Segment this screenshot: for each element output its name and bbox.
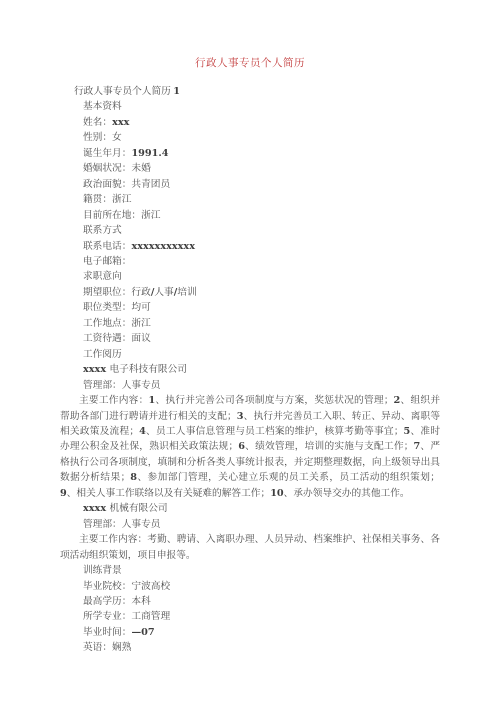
doc-line-item: 毕业院校：宁波高校 bbox=[60, 579, 440, 594]
doc-line-item: 管理部：人事专员 bbox=[60, 378, 440, 393]
doc-text: 毕业院校：宁波高校 bbox=[83, 581, 170, 592]
doc-text: 管理部：人事专员 bbox=[83, 519, 161, 530]
doc-text-bold: 4 bbox=[139, 426, 146, 437]
doc-line-item: 婚姻状况：未婚 bbox=[60, 161, 440, 176]
doc-line-item: xxxx 机械有限公司 bbox=[60, 501, 440, 516]
doc-text: 职位类型：均可 bbox=[83, 302, 151, 313]
doc-line-item: 目前所在地：浙江 bbox=[60, 208, 440, 223]
doc-text-bold: 6 bbox=[238, 441, 245, 452]
doc-line-item: 电子邮箱： bbox=[60, 254, 440, 269]
doc-line-item: 管理部：人事专员 bbox=[60, 517, 440, 532]
doc-text: 管理部：人事专员 bbox=[83, 380, 161, 391]
doc-text-bold: 10 bbox=[270, 488, 283, 499]
doc-text: 、执行并完善公司各项制度与方案，奖惩状况的管理； bbox=[155, 395, 393, 406]
doc-text-bold: —07 bbox=[131, 627, 154, 638]
doc-text: 所学专业：工商管理 bbox=[83, 611, 170, 622]
doc-text: 期望职位：行政 bbox=[83, 287, 151, 298]
doc-text: 行政人事专员个人简历 bbox=[74, 86, 173, 97]
doc-line-item: 工资待遇：面议 bbox=[60, 331, 440, 346]
doc-text: 毕业时间： bbox=[83, 627, 131, 638]
doc-text: 主要工作内容： bbox=[79, 395, 149, 406]
doc-text: 联系电话： bbox=[83, 241, 131, 252]
doc-text: 、承办领导交办的其他工作。 bbox=[284, 488, 410, 499]
doc-text-bold: 1 bbox=[173, 86, 180, 97]
document-title: 行政人事专员个人简历 bbox=[60, 57, 440, 70]
doc-line-item: 毕业时间：—07 bbox=[60, 625, 440, 640]
doc-line-item: 工作地点：浙江 bbox=[60, 316, 440, 331]
doc-text: 电子科技有限公司 bbox=[109, 364, 187, 375]
doc-line-item: 籍贯：浙江 bbox=[60, 192, 440, 207]
doc-line-item: 性别：女 bbox=[60, 130, 440, 145]
doc-text: 训练背景 bbox=[83, 565, 122, 576]
doc-line-item: 姓名：xxx bbox=[60, 115, 440, 130]
doc-text: 人事 bbox=[154, 287, 173, 298]
doc-text: 工作阅历 bbox=[83, 349, 122, 360]
doc-text-bold: 1991.4 bbox=[131, 148, 168, 159]
doc-text: 工作地点：浙江 bbox=[83, 318, 151, 329]
doc-text: 最高学历：本科 bbox=[83, 596, 151, 607]
doc-line-item: 联系方式 bbox=[60, 223, 440, 238]
doc-line-item: 政治面貌：共青团员 bbox=[60, 177, 440, 192]
doc-text: 目前所在地：浙江 bbox=[83, 210, 161, 221]
doc-text: 工资待遇：面议 bbox=[83, 333, 151, 344]
doc-text: 、员工人事信息管理与员工档案的维护，核算考勤等事宜； bbox=[146, 426, 404, 437]
doc-text: 机械有限公司 bbox=[109, 503, 167, 514]
doc-line-item: 联系电话：xxxxxxxxxxx bbox=[60, 239, 440, 254]
doc-text-bold: xxxx bbox=[83, 503, 109, 514]
doc-line-h1: 行政人事专员个人简历 1 bbox=[60, 84, 440, 99]
doc-line-item: 期望职位：行政/人事/培训 bbox=[60, 285, 440, 300]
doc-line-item: 最高学历：本科 bbox=[60, 594, 440, 609]
doc-text: 、绩效管理，培训的实施与支配工作； bbox=[245, 441, 414, 452]
doc-line-item: 英语：娴熟 bbox=[60, 640, 440, 655]
doc-line-item: xxxx 电子科技有限公司 bbox=[60, 362, 440, 377]
doc-text: 、相关人事工作联络以及有关疑难的解答工作； bbox=[67, 488, 270, 499]
doc-text-bold: xxxxxxxxxxx bbox=[131, 241, 195, 252]
doc-text-bold: 9 bbox=[60, 488, 67, 499]
doc-text: 姓名： bbox=[83, 117, 112, 128]
doc-line-para: 主要工作内容：1、执行并完善公司各项制度与方案，奖惩状况的管理；2、组织并帮助各… bbox=[60, 393, 440, 501]
doc-line-item: 诞生年月：1991.4 bbox=[60, 146, 440, 161]
doc-line-para: 主要工作内容：考勤、聘请、入离职办理、人员异动、档案维护、社保相关事务、各项活动… bbox=[60, 532, 440, 563]
doc-text: 政治面貌：共青团员 bbox=[83, 179, 170, 190]
resume-page: 行政人事专员个人简历 行政人事专员个人简历 1基本资料姓名：xxx性别：女诞生年… bbox=[0, 0, 500, 707]
doc-text: 培训 bbox=[177, 287, 196, 298]
doc-text: 电子邮箱： bbox=[83, 256, 131, 267]
doc-line-item: 训练背景 bbox=[60, 563, 440, 578]
doc-line-item: 求职意向 bbox=[60, 269, 440, 284]
doc-text: 基本资料 bbox=[83, 101, 122, 112]
doc-text: 主要工作内容：考勤、聘请、入离职办理、人员异动、档案维护、社保相关事务、各项活动… bbox=[60, 534, 440, 560]
doc-text: 联系方式 bbox=[83, 225, 122, 236]
doc-text: 英语：娴熟 bbox=[83, 642, 131, 653]
doc-line-item: 职位类型：均可 bbox=[60, 300, 440, 315]
doc-text: 诞生年月： bbox=[83, 148, 131, 159]
doc-line-item: 基本资料 bbox=[60, 99, 440, 114]
doc-text: 婚姻状况：未婚 bbox=[83, 163, 151, 174]
doc-text: 籍贯：浙江 bbox=[83, 194, 131, 205]
document-body: 行政人事专员个人简历 1基本资料姓名：xxx性别：女诞生年月：1991.4婚姻状… bbox=[60, 84, 440, 656]
doc-text: 求职意向 bbox=[83, 271, 122, 282]
doc-text-bold: xxxx bbox=[83, 364, 109, 375]
doc-text: 、参加部门管理，关心建立乐观的员工关系，员工活动的组织策划； bbox=[137, 472, 440, 483]
doc-text-bold: xxx bbox=[112, 117, 129, 128]
doc-text: 性别：女 bbox=[83, 132, 122, 143]
doc-line-item: 所学专业：工商管理 bbox=[60, 609, 440, 624]
doc-line-item: 工作阅历 bbox=[60, 347, 440, 362]
